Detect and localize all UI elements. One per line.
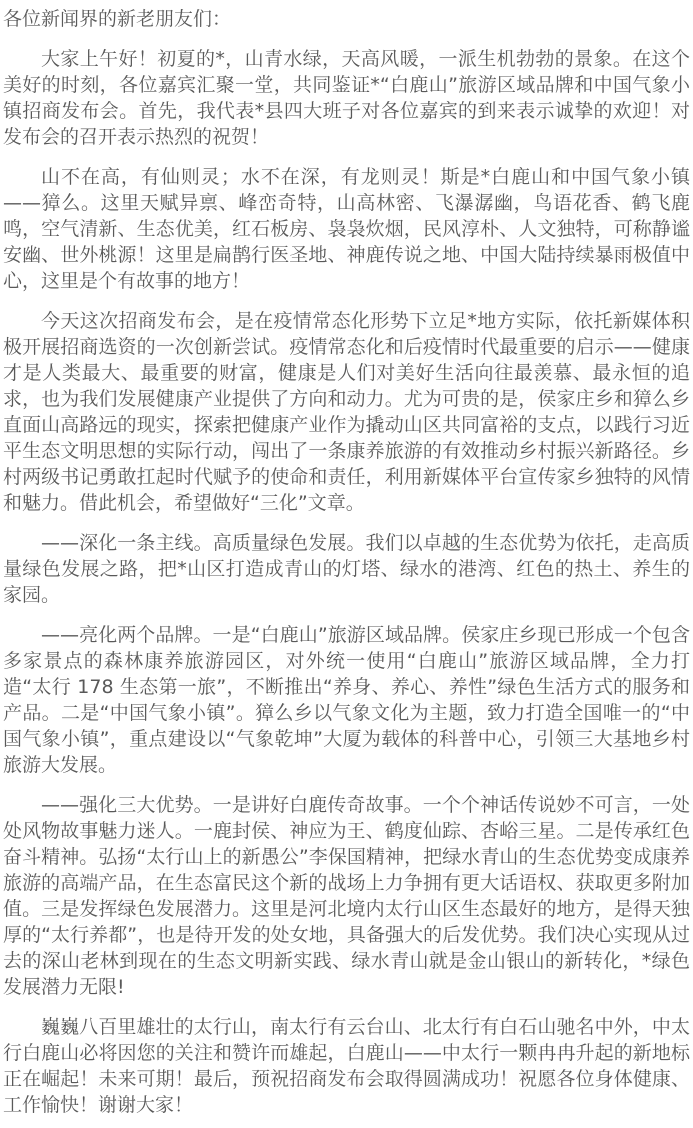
greeting-line: 各位新闻界的新老朋友们： [3, 6, 690, 32]
paragraph-background: 今天这次招商发布会，是在疫情常态化形势下立足*地方实际，依托新媒体积极开展招商选… [3, 308, 690, 516]
paragraph-scenery: 山不在高，有仙则灵；水不在深，有龙则灵！斯是*白鹿山和中国气象小镇——獐么。这里… [3, 164, 690, 294]
document-page: 各位新闻界的新老朋友们： 大家上午好！初夏的*，山青水绿，天高风暖，一派生机勃勃… [0, 0, 693, 1128]
paragraph-deepen-mainline: ——深化一条主线。高质量绿色发展。我们以卓越的生态优势为依托，走高质量绿色发展之… [3, 530, 690, 608]
paragraph-two-brands: ——亮化两个品牌。一是“白鹿山”旅游区域品牌。侯家庄乡现已形成一个包含多家景点的… [3, 622, 690, 778]
paragraph-opening: 大家上午好！初夏的*，山青水绿，天高风暖，一派生机勃勃的景象。在这个美好的时刻，… [3, 46, 690, 150]
paragraph-three-advantages: ——强化三大优势。一是讲好白鹿传奇故事。一个个神话传说妙不可言，一处处风物故事魅… [3, 792, 690, 1000]
paragraph-closing: 巍巍八百里雄壮的太行山，南太行有云台山、北太行有白石山驰名中外，中太行白鹿山必将… [3, 1014, 690, 1118]
